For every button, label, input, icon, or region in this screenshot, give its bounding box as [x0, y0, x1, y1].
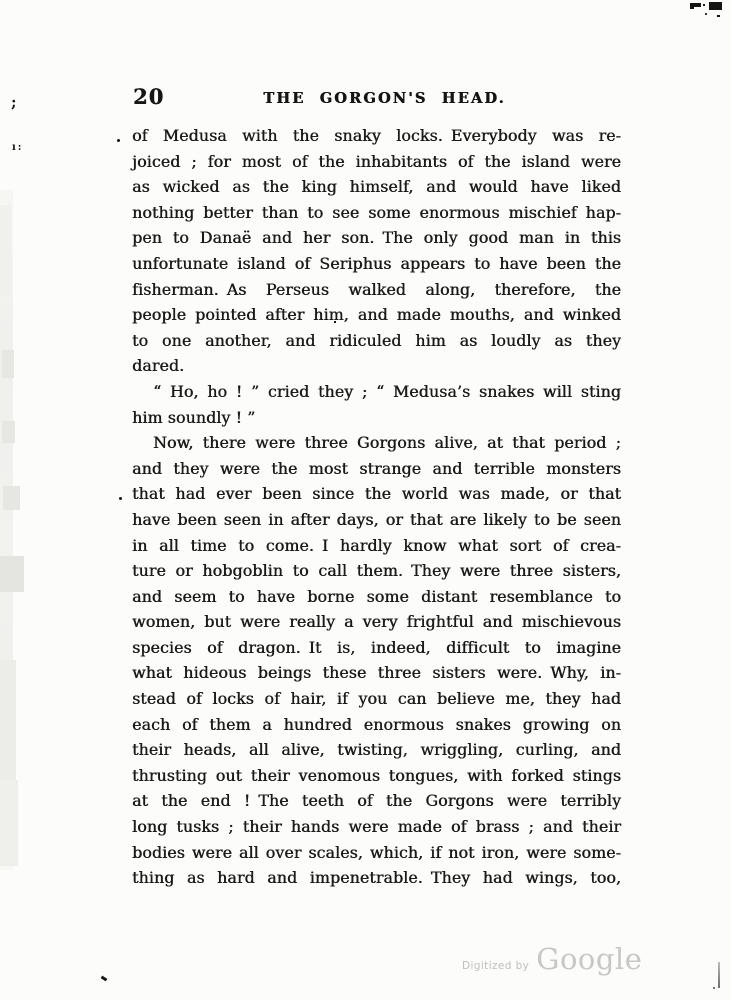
- scan-artifact: [117, 139, 120, 142]
- scan-artifact: [703, 4, 705, 6]
- text-line: him soundly ! ”: [132, 405, 621, 431]
- scan-smudge: [0, 556, 24, 592]
- text-line: unfortunate island of Seriphus appears t…: [132, 251, 621, 277]
- text-line: their heads, all alive, twisting, wriggl…: [132, 737, 621, 763]
- text-line: that had ever been since the world was m…: [132, 481, 621, 507]
- watermark-prefix: Digitized by: [462, 960, 529, 972]
- text-line: people pointed after him, and made mouth…: [132, 302, 621, 328]
- text-line: long tusks ; their hands were made of br…: [132, 814, 621, 840]
- scan-smudge: [0, 780, 18, 866]
- text-line: Now, there were three Gorgons alive, at …: [132, 430, 621, 456]
- text-line: what hideous beings these three sisters …: [132, 660, 621, 686]
- text-line: species of dragon. It is, indeed, diffic…: [132, 635, 621, 661]
- running-title: THE GORGON'S HEAD.: [140, 90, 629, 107]
- text-line: stead of locks of hair, if you can belie…: [132, 686, 621, 712]
- text-line: thing as hard and impenetrable. They had…: [132, 865, 621, 891]
- text-line: joiced ; for most of the inhabitants of …: [132, 149, 621, 175]
- scan-smudge: [0, 205, 11, 295]
- scan-smudge: [2, 350, 14, 378]
- text-line: thrusting out their venomous tongues, wi…: [132, 763, 621, 789]
- text-line: fisherman. As Perseus walked along, ther…: [132, 277, 621, 303]
- scan-artifact: [709, 2, 722, 10]
- scanned-book-page: 20 THE GORGON'S HEAD. of Medusa with the…: [0, 0, 731, 1000]
- google-logo: Google: [536, 942, 642, 976]
- scan-smudge: [0, 660, 16, 780]
- text-line: and seem to have borne some distant rese…: [132, 584, 621, 610]
- text-line: at the end ! The teeth of the Gorgons we…: [132, 788, 621, 814]
- text-line: women, but were really a very frightful …: [132, 609, 621, 635]
- text-line: bodies were all over scales, which, if n…: [132, 840, 621, 866]
- scan-artifact: [517, 702, 519, 704]
- scan-artifact: [119, 497, 122, 500]
- scan-artifact: ;: [11, 93, 17, 111]
- scan-artifact: ı:: [12, 142, 24, 153]
- scan-smudge: [3, 486, 20, 510]
- text-line: “ Ho, ho ! ” cried they ; “ Medusa’s sna…: [132, 379, 621, 405]
- scan-artifact: [101, 976, 108, 982]
- text-line: as wicked as the king himself, and would…: [132, 174, 621, 200]
- scan-artifact: [718, 962, 720, 988]
- text-line: ture or hobgoblin to call them. They wer…: [132, 558, 621, 584]
- text-line: each of them a hundred enormous snakes g…: [132, 712, 621, 738]
- text-line: and they were the most strange and terri…: [132, 456, 621, 482]
- scan-artifact: [334, 321, 336, 323]
- text-line: dared.: [132, 353, 621, 379]
- text-line: pen to Danaë and her son. The only good …: [132, 225, 621, 251]
- scan-smudge: [2, 421, 15, 443]
- text-line: in all time to come. I hardly know what …: [132, 533, 621, 559]
- text-line: to one another, and ridiculed him as lou…: [132, 328, 621, 354]
- text-line: of Medusa with the snaky locks. Everybod…: [132, 123, 621, 149]
- scan-artifact: [690, 6, 694, 9]
- text-line: nothing better than to see some enormous…: [132, 200, 621, 226]
- body-text: of Medusa with the snaky locks. Everybod…: [132, 123, 621, 891]
- scan-artifact: [713, 987, 715, 989]
- scan-artifact: [717, 15, 720, 17]
- watermark: Digitized by Google: [462, 942, 642, 976]
- text-line: have been seen in after days, or that ar…: [132, 507, 621, 533]
- scan-artifact: [705, 13, 707, 15]
